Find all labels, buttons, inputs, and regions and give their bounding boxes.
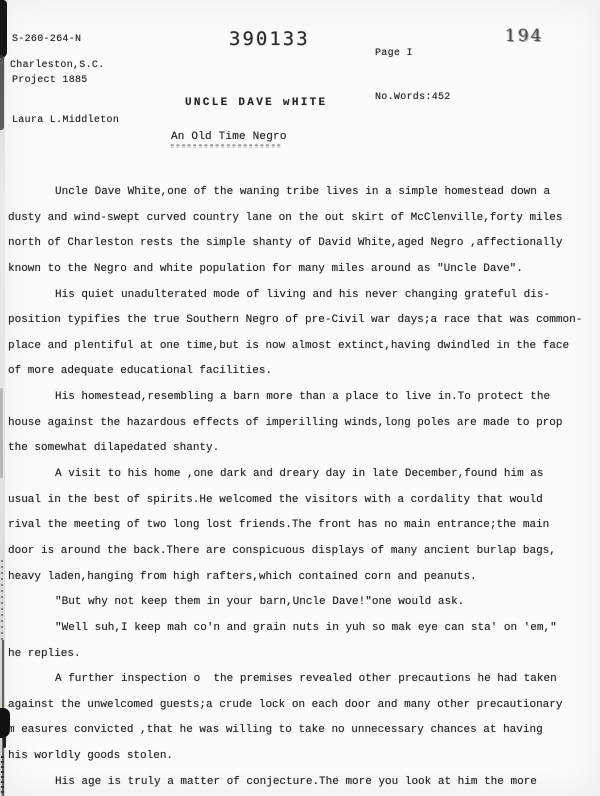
text-line: A visit to his home ,one dark and dreary…: [8, 462, 596, 488]
scan-tear-mark-top: [0, 0, 7, 58]
text-line: his worldly goods stolen.: [8, 744, 596, 770]
paragraph: A further inspection o the premises reve…: [8, 667, 596, 770]
header-left-block: S-260-264-N Project 1885 Laura L.Middlet…: [12, 6, 119, 155]
scan-dotted-edge-middle: [1, 560, 3, 640]
ink-blob-stem: [3, 736, 6, 748]
text-line: A further inspection o the premises reve…: [8, 667, 596, 693]
text-line: position typifies the true Southern Negr…: [8, 308, 596, 334]
text-line: His age is truly a matter of conjecture.…: [8, 770, 596, 796]
text-line: rival the meeting of two long lost frien…: [8, 513, 596, 539]
file-code: S-260-264-N: [12, 33, 119, 47]
paragraph: His age is truly a matter of conjecture.…: [8, 770, 596, 796]
document-body: Uncle Dave White,one of the waning tribe…: [8, 180, 596, 795]
document-title: UNCLE DAVE wHITE: [185, 97, 327, 109]
text-line: His homestead,resembling a barn more tha…: [8, 385, 596, 411]
text-line: the somewhat dilapedated shanty.: [8, 436, 596, 462]
page-info-block: Page I No.Words:452: [375, 18, 451, 134]
text-line: heavy laden,hanging from high rafters,wh…: [8, 565, 596, 591]
paragraph: A visit to his home ,one dark and dreary…: [8, 462, 596, 590]
paragraph: "But why not keep them in your barn,Uncl…: [8, 590, 596, 616]
author-city: Charleston,S.C.: [10, 60, 105, 71]
paragraph: His homestead,resembling a barn more tha…: [8, 385, 596, 462]
text-line: north of Charleston rests the simple sha…: [8, 231, 596, 257]
text-line: against the unwelcomed guests;a crude lo…: [8, 693, 596, 719]
text-line: usual in the best of spirits.He welcomed…: [8, 488, 596, 514]
scan-edge-mark-middle: [0, 388, 3, 478]
scan-tear-mark-top-2: [0, 55, 4, 130]
text-line: of more adequate educational facilities.: [8, 359, 596, 385]
text-line: place and plentiful at one time,but is n…: [8, 334, 596, 360]
text-line: His quiet unadulterated mode of living a…: [8, 283, 596, 309]
paragraph: "Well suh,I keep mah co'n and grain nuts…: [8, 616, 596, 667]
text-line: door is around the back.There are conspi…: [8, 539, 596, 565]
accession-number-stamp: 390133: [229, 28, 310, 50]
text-line: m easures convicted ,that he was willing…: [8, 718, 596, 744]
author-name: Laura L.Middleton: [12, 114, 119, 128]
text-line: "Well suh,I keep mah co'n and grain nuts…: [8, 616, 596, 642]
page-number-label: Page I: [375, 47, 451, 62]
corner-page-stamp: 194: [505, 26, 543, 46]
text-line: house against the hazardous effects of i…: [8, 411, 596, 437]
subtitle-underline: --------------------: [169, 140, 281, 152]
text-line: known to the Negro and white population …: [8, 257, 596, 283]
word-count-label: No.Words:452: [375, 91, 451, 106]
project-number: Project 1885: [12, 74, 119, 88]
scan-dotted-edge-bottom: [1, 756, 4, 796]
text-line: dusty and wind-swept curved country lane…: [8, 206, 596, 232]
paragraph: His quiet unadulterated mode of living a…: [8, 283, 596, 386]
paragraph: Uncle Dave White,one of the waning tribe…: [8, 180, 596, 283]
text-line: he replies.: [8, 642, 596, 668]
text-line: "But why not keep them in your barn,Uncl…: [8, 590, 596, 616]
text-line: Uncle Dave White,one of the waning tribe…: [8, 180, 596, 206]
scanned-document-page: S-260-264-N Project 1885 Laura L.Middlet…: [0, 0, 600, 796]
